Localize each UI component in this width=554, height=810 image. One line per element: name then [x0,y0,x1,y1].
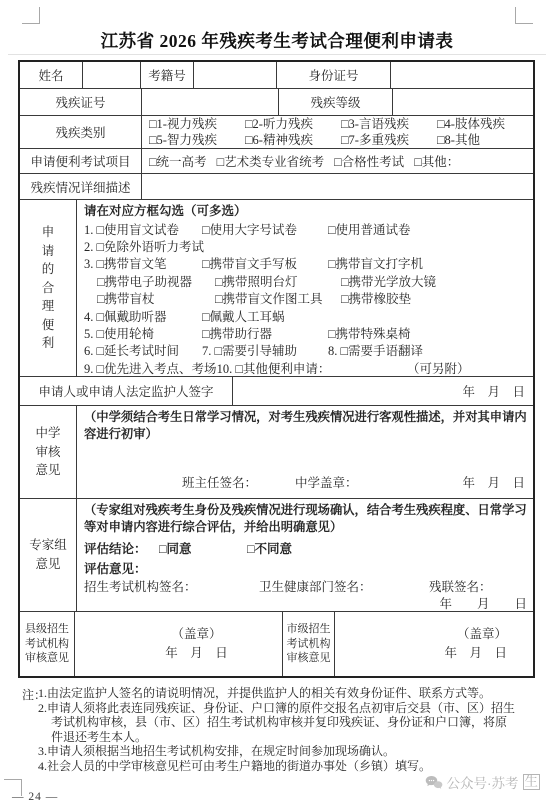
accommodation-checkbox-option[interactable]: 5. □使用轮椅 [84,324,202,342]
category-checkbox-option[interactable]: □4-肢体残疾 [437,116,533,132]
certificate-row: 残疾证号 残疾等级 [20,88,533,115]
evaluation-opinion-label: 评估意见： [77,558,533,577]
authority-review-row: 县级招生考试机构审核意见 （盖章） 年 月 日 市级招生考试机构审核意见 （盖章… [20,611,533,676]
annex-note: （可另附） [407,359,525,376]
accommodation-checkbox-option[interactable]: □携带盲文打字机 [328,254,423,272]
category-options-line1: □1-视力残疾□2-听力残疾□3-言语残疾□4-肢体残疾 [142,116,533,132]
description-input-cell[interactable] [141,174,533,199]
accommodations-row: 申请的合理便利 请在对应方框勾选（可多选） 1. □使用盲文试卷□使用大字号试卷… [20,199,533,376]
accommodation-checkbox-option[interactable]: 4. □佩戴助听器 [84,307,202,325]
city-review-label: 市级招生考试机构审核意见 [282,612,334,676]
county-stamp-placeholder: （盖章） [111,625,282,644]
page-title: 江苏省 2026 年残疾考生考试合理便利申请表 [0,28,554,53]
accommodation-checkbox-option[interactable]: □携带橡胶垫 [341,289,411,307]
city-review-date: 年 月 日 [335,644,507,663]
text-boundary-line [8,54,546,55]
note-item: 1.由法定监护人签名的请说明情况，并提供监护人的相关有效身份证件、联系方式等。 [38,686,516,701]
project-checkbox-option[interactable]: □统一高考 [149,152,207,170]
crop-mark-top-right-icon [515,7,533,24]
crop-mark-top-left-icon [22,7,40,24]
project-checkbox-option[interactable]: □艺术类专业省统考 [217,152,325,170]
category-checkbox-option[interactable]: □2-听力残疾 [245,116,341,132]
teacher-signature-label: 班主任签名： [182,473,295,491]
category-checkbox-option[interactable]: □7-多重残疾 [341,132,437,148]
accommodation-checkbox-option[interactable]: □佩戴人工耳蜗 [202,307,285,325]
projects-options-line: □统一高考□艺术类专业省统考□合格性考试□其他： [142,149,533,173]
projects-options-cell: □统一高考□艺术类专业省统考□合格性考试□其他： [141,149,533,173]
accommodation-line: 6. □延长考试时间7. □需要引导辅助8. □需要手语翻译 [84,342,529,359]
city-stamp-placeholder: （盖章） [335,625,507,644]
accommodations-label: 申请的合理便利 [20,200,76,376]
category-checkbox-option[interactable]: □3-言语残疾 [341,116,437,132]
accommodation-checkbox-option[interactable]: 10. □其他便利申请： [217,359,331,376]
accommodation-checkbox-option[interactable]: 3. □携带盲文笔 [84,254,202,272]
applicant-signature-input-cell[interactable]: 年 月 日 [232,377,533,405]
level-input-cell[interactable] [392,89,533,115]
category-label: 残疾类别 [20,116,141,148]
chat-bubbles-icon [425,775,443,790]
accommodation-checkbox-option[interactable]: □携带光学放大镜 [341,272,436,290]
wechat-watermark: 公众号·苏考 生 [425,772,541,792]
expert-review-label: 专家组意见 [20,499,76,611]
page-number: — 24 — [12,791,58,803]
exam-no-input-cell[interactable] [193,62,276,88]
school-stamp-label: 中学盖章： [295,473,358,491]
accommodation-checkbox-option[interactable]: □使用大字号试卷 [202,220,328,238]
applicant-signature-date: 年 月 日 [462,382,525,400]
school-review-label: 中学审核意见 [20,406,76,498]
notes-list: 1.由法定监护人签名的请说明情况，并提供监护人的相关有效身份证件、联系方式等。 … [38,686,516,774]
accommodation-line: （可另附） 9. □优先进入考点、考场10. □其他便利申请： [84,359,529,376]
accommodation-checkbox-option[interactable]: 1. □使用盲文试卷 [84,220,202,238]
accommodation-checkbox-option[interactable]: 7. □需要引导辅助 [202,341,328,359]
accommodation-line: 1. □使用盲文试卷□使用大字号试卷□使用普通试卷 [84,220,529,237]
category-options-cell: □1-视力残疾□2-听力残疾□3-言语残疾□4-肢体残疾 □5-智力残疾□6-精… [141,116,533,148]
accommodation-line: 4. □佩戴助听器□佩戴人工耳蜗 [84,307,529,324]
admissions-authority-signature-label: 招生考试机构签名： [84,577,259,595]
accommodations-instruction: 请在对应方框勾选（可多选） [84,202,529,220]
applicant-signature-row: 申请人或申请人法定监护人签字 年 月 日 [20,376,533,405]
note-item: 3.申请人须根据当地招生考试机构安排，在规定时间参加现场确认。 [38,744,516,759]
school-review-date: 年 月 日 [462,473,525,491]
category-checkbox-option[interactable]: □8-其他 [437,132,533,148]
accommodation-checkbox-option[interactable]: □携带电子助视器 [97,272,215,290]
school-review-input-cell[interactable]: （中学须结合考生日常学习情况，对考生残疾情况进行客观性描述，并对其申请内容进行初… [76,406,533,498]
accommodation-checkbox-option[interactable]: 9. □优先进入考点、考场 [84,359,217,376]
note-item: 2.申请人须将此表连同残疾证、身份证、户口簿的原件交报名点初审后交县（市、区）招… [38,701,516,745]
expert-review-date: 年 月 日 [77,595,533,611]
category-row: 残疾类别 □1-视力残疾□2-听力残疾□3-言语残疾□4-肢体残疾 □5-智力残… [20,115,533,148]
id-no-label: 身份证号 [276,62,390,88]
watermark-text: 公众号·苏考 [447,772,519,792]
accommodation-line: □携带盲杖□携带盲文作图工具□携带橡胶垫 [84,290,529,307]
cert-no-input-cell[interactable] [141,89,278,115]
accommodation-checkbox-option[interactable]: 8. □需要手语翻译 [328,341,423,359]
accommodation-checkbox-option[interactable]: □携带盲文作图工具 [215,289,341,307]
expert-review-instruction: （专家组对残疾考生身份及残疾情况进行现场确认，结合考生残疾程度、日常学习等对申请… [77,499,533,536]
county-review-label: 县级招生考试机构审核意见 [20,612,74,676]
accommodation-line: □携带电子助视器□携带照明台灯□携带光学放大镜 [84,272,529,289]
name-input-cell[interactable] [82,62,140,88]
level-label: 残疾等级 [278,89,392,115]
form-page: 江苏省 2026 年残疾考生考试合理便利申请表 姓名 考籍号 身份证号 残疾证号… [0,0,554,810]
accommodation-checkbox-option[interactable]: □携带特殊桌椅 [328,324,411,342]
accommodation-line: 3. □携带盲文笔□携带盲文手写板□携带盲文打字机 [84,255,529,272]
project-checkbox-option[interactable]: □合格性考试 [334,152,404,170]
cert-no-label: 残疾证号 [20,89,141,115]
identity-row: 姓名 考籍号 身份证号 [20,62,533,88]
expert-review-row: 专家组意见 （专家组对残疾考生身份及残疾情况进行现场确认，结合考生残疾程度、日常… [20,498,533,611]
application-form-table: 姓名 考籍号 身份证号 残疾证号 残疾等级 残疾类别 □1-视力残疾□2-听力残… [18,60,535,678]
category-checkbox-option[interactable]: □5-智力残疾 [149,132,245,148]
project-checkbox-option[interactable]: □其他： [414,152,459,170]
category-options-line2: □5-智力残疾□6-精神残疾□7-多重残疾□8-其他 [142,132,533,148]
name-label: 姓名 [20,62,82,88]
accommodation-checkbox-option[interactable]: □携带助行器 [202,324,328,342]
category-checkbox-option[interactable]: □6-精神残疾 [245,132,341,148]
accommodation-line: 2. □免除外语听力考试 [84,237,529,254]
expert-review-cell: （专家组对残疾考生身份及残疾情况进行现场确认，结合考生残疾程度、日常学习等对申请… [76,499,533,611]
accommodation-checkbox-option[interactable]: □携带照明台灯 [215,272,341,290]
county-review-date: 年 月 日 [111,644,282,663]
county-stamp-cell[interactable]: （盖章） 年 月 日 [74,612,282,676]
health-department-signature-label: 卫生健康部门签名： [259,577,429,595]
city-stamp-cell[interactable]: （盖章） 年 月 日 [334,612,533,676]
school-review-instruction: （中学须结合考生日常学习情况，对考生残疾情况进行客观性描述，并对其申请内容进行初… [77,406,533,443]
watermark-boxed-char: 生 [523,774,541,790]
description-label: 残疾情况详细描述 [20,174,141,199]
exam-no-label: 考籍号 [140,62,193,88]
accommodation-checkbox-option[interactable]: □携带盲文手写板 [202,254,328,272]
evaluation-conclusion-label: 评估结论： [84,539,159,557]
disabled-federation-signature-label: 残联签名： [429,577,492,595]
school-review-row: 中学审核意见 （中学须结合考生日常学习情况，对考生残疾情况进行客观性描述，并对其… [20,405,533,498]
accommodation-checkbox-option[interactable]: 2. □免除外语听力考试 [84,237,204,255]
applicant-signature-label: 申请人或申请人法定监护人签字 [20,377,232,405]
description-row: 残疾情况详细描述 [20,173,533,199]
accommodation-checkbox-option[interactable]: □使用普通试卷 [328,220,411,238]
projects-row: 申请便利考试项目 □统一高考□艺术类专业省统考□合格性考试□其他： [20,148,533,173]
evaluation-conclusion-line: 评估结论： □同意 □不同意 [77,538,533,558]
agree-checkbox[interactable]: □同意 [159,539,247,557]
id-no-input-cell[interactable] [390,62,533,88]
accommodation-checkbox-option[interactable]: □携带盲杖 [97,289,215,307]
accommodations-options-cell: 请在对应方框勾选（可多选） 1. □使用盲文试卷□使用大字号试卷□使用普通试卷 … [76,200,533,376]
accommodation-line: 5. □使用轮椅□携带助行器□携带特殊桌椅 [84,324,529,341]
category-checkbox-option[interactable]: □1-视力残疾 [149,116,245,132]
accommodation-checkbox-option[interactable]: 6. □延长考试时间 [84,341,202,359]
disagree-checkbox[interactable]: □不同意 [247,539,292,557]
school-signature-line: 班主任签名： 中学盖章： 年 月 日 [77,473,533,498]
expert-signature-line: 招生考试机构签名： 卫生健康部门签名： 残联签名： [77,577,533,595]
projects-label: 申请便利考试项目 [20,149,141,173]
